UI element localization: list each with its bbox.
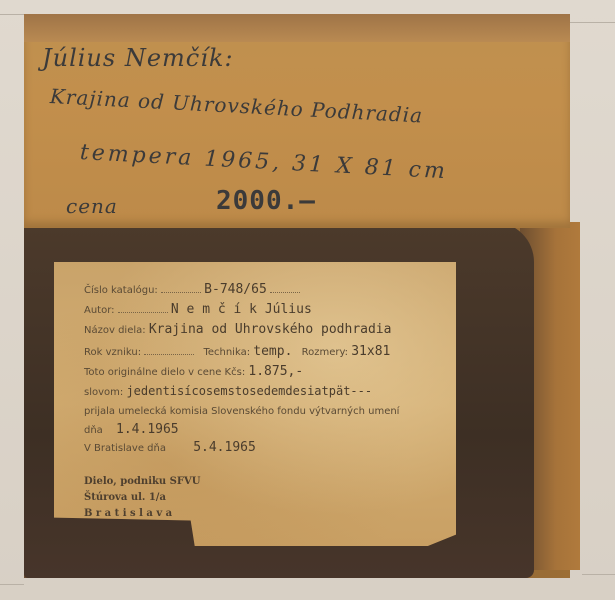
mount-seam [0,584,24,585]
footer-line-3: B r a t i s l a v a [84,508,172,519]
place-date-label: V Bratislave dňa [84,443,166,454]
author-value: N e m č í k Július [171,302,312,317]
handwritten-price: 2000.— [216,186,316,216]
author-label: Autor: [84,305,115,316]
place-date-value: 5.4.1965 [193,440,256,455]
in-words-label: slovom: [84,387,123,398]
title-value: Krajina od Uhrovského podhradia [149,322,392,337]
price-value: 1.875,- [248,364,303,379]
in-words-value: jedentisícosemstosedemdesiatpät--- [126,384,372,398]
date-label: dňa [84,425,103,436]
year-label: Rok vzniku: [84,347,141,358]
catalog-number: B-748/65 [204,282,267,297]
price-label: Toto originálne dielo v cene Kčs: [84,367,245,378]
title-label: Názov diela: [84,325,146,336]
mount-seam [0,14,24,15]
mount-seam [582,574,615,575]
footer-line-2: Štúrova ul. 1/a [84,492,166,503]
mount-seam [570,22,615,23]
technique-value: temp. [253,344,292,359]
handwritten-author: Július Nemčík: [42,44,234,72]
catalog-number-label: Číslo katalógu: [84,285,158,296]
dimensions-value: 31x81 [351,344,390,359]
date-value: 1.4.1965 [116,422,179,437]
footer-line-1: Dielo, podniku SFVU [84,476,200,487]
catalogue-label: Číslo katalógu: B-748/65 Autor: N e m č … [54,262,456,546]
commission-text: prijala umelecká komisia Slovenského fon… [84,406,399,417]
technique-label: Technika: [203,347,250,358]
dimensions-label: Rozmery: [302,347,348,358]
handwritten-price-label: cena [66,194,118,218]
